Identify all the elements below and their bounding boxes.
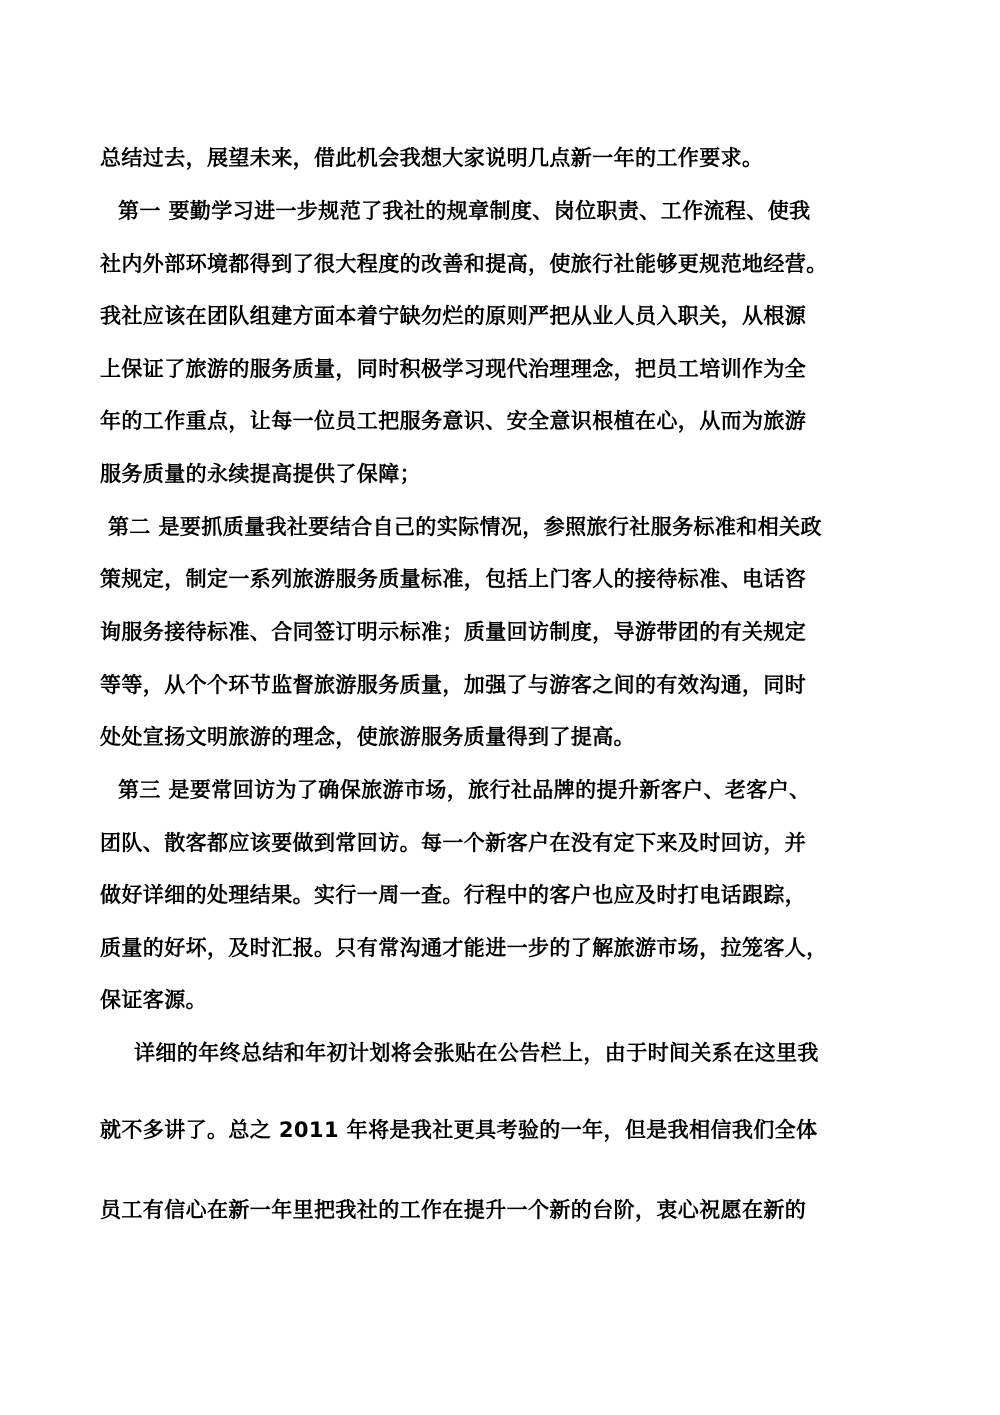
text-line: 详细的年终总结和年初计划将会张贴在公告栏上，由于时间关系在这里我 (134, 1038, 944, 1068)
text-line: 上保证了旅游的服务质量，同时积极学习现代治理理念，把员工培训作为全 (100, 354, 910, 384)
text-line: 总结过去，展望未来，借此机会我想大家说明几点新一年的工作要求。 (100, 143, 910, 173)
text-line: 团队、散客都应该要做到常回访。每一个新客户在没有定下来及时回访，并 (100, 828, 910, 858)
document-page: 总结过去，展望未来，借此机会我想大家说明几点新一年的工作要求。 第一 要勤学习进… (0, 0, 1000, 1415)
text-line: 第三 是要常回访为了确保旅游市场，旅行社品牌的提升新客户、老客户、 (118, 775, 928, 805)
text-line: 保证客源。 (100, 985, 910, 1015)
text-line: 员工有信心在新一年里把我社的工作在提升一个新的台阶，衷心祝愿在新的 (100, 1195, 910, 1225)
text-line: 第二 是要抓质量我社要结合自己的实际情况，参照旅行社服务标准和相关政 (108, 512, 918, 542)
text-line: 年的工作重点，让每一位员工把服务意识、安全意识根植在心，从而为旅游 (100, 406, 910, 436)
text-line: 服务质量的永续提高提供了保障； (100, 459, 910, 489)
text-line: 询服务接待标准、合同签订明示标准；质量回访制度，导游带团的有关规定 (100, 617, 910, 647)
text-line: 我社应该在团队组建方面本着宁缺勿烂的原则严把从业人员入职关，从根源 (100, 301, 910, 331)
text-line: 做好详细的处理结果。实行一周一查。行程中的客户也应及时打电话跟踪， (100, 880, 910, 910)
text-line: 第一 要勤学习进一步规范了我社的规章制度、岗位职责、工作流程、使我 (118, 196, 928, 226)
text-line: 等等，从个个环节监督旅游服务质量，加强了与游客之间的有效沟通，同时 (100, 670, 910, 700)
text-line: 策规定，制定一系列旅游服务质量标准，包括上门客人的接待标准、电话咨 (100, 564, 910, 594)
text-line: 社内外部环境都得到了很大程度的改善和提高，使旅行社能够更规范地经营。 (100, 249, 910, 279)
text-line: 处处宣扬文明旅游的理念，使旅游服务质量得到了提高。 (100, 722, 910, 752)
text-line: 就不多讲了。总之 2011 年将是我社更具考验的一年，但是我相信我们全体 (100, 1115, 910, 1145)
text-line: 质量的好坏，及时汇报。只有常沟通才能进一步的了解旅游市场，拉笼客人， (100, 933, 910, 963)
